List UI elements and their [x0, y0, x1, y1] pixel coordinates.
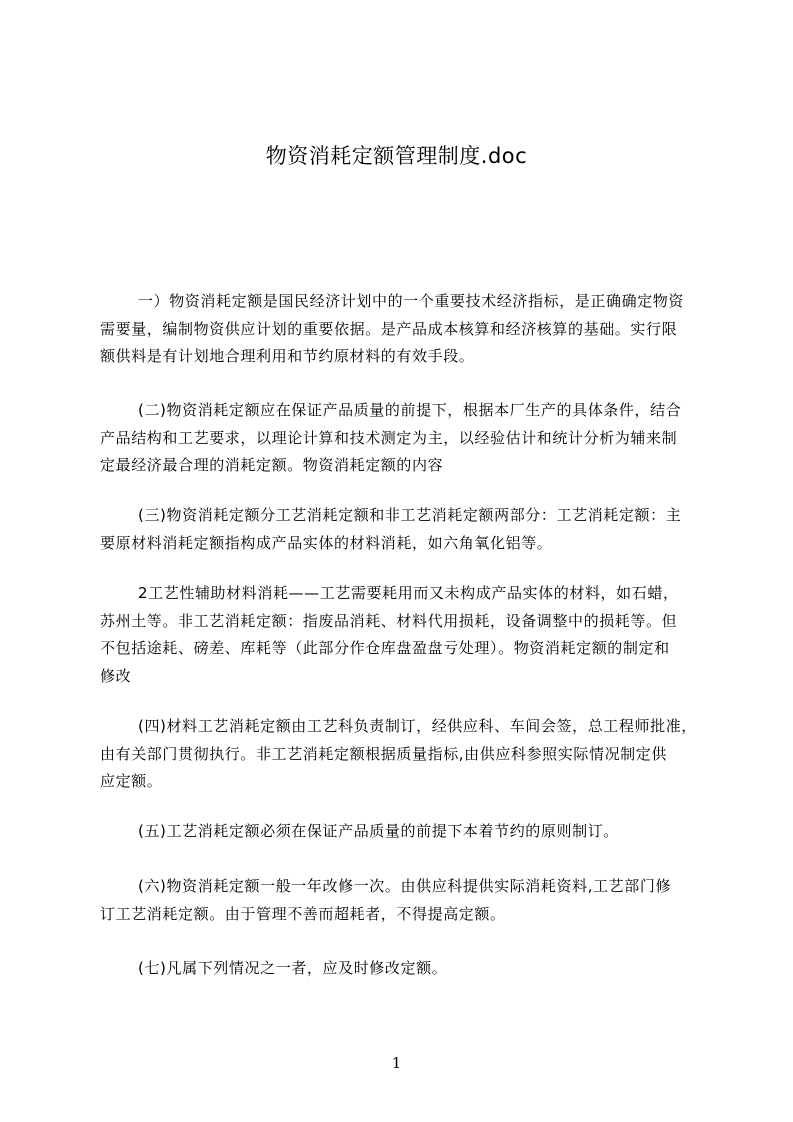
paragraph-1: 一）物资消耗定额是国民经济计划中的一个重要技术经济指标，是正确确定物资 需要量，…: [100, 288, 710, 371]
paragraph-line: 由有关部门贯彻执行。非工艺消耗定额根据质量指标,由供应科参照实际情况制定供: [100, 741, 710, 769]
paragraph-2: (二)物资消耗定额应在保证产品质量的前提下，根据本厂生产的具体条件，结合 产品结…: [100, 397, 710, 480]
paragraph-line: (三)物资消耗定额分工艺消耗定额和非工艺消耗定额两部分：工艺消耗定额：主: [100, 502, 710, 530]
document-title: 物资消耗定额管理制度.doc: [0, 140, 793, 172]
paragraph-5: (四)材料工艺消耗定额由工艺科负责制订，经供应科、车间会签，总工程师批准， 由有…: [100, 713, 710, 796]
paragraph-line: 要原材料消耗定额指构成产品实体的材料消耗，如六角氧化铝等。: [100, 530, 710, 558]
paragraph-line: (四)材料工艺消耗定额由工艺科负责制订，经供应科、车间会签，总工程师批准，: [100, 713, 710, 741]
paragraph-6: (五)工艺消耗定额必须在保证产品质量的前提下本着节约的原则制订。: [100, 818, 710, 846]
document-page: 物资消耗定额管理制度.doc 一）物资消耗定额是国民经济计划中的一个重要技术经济…: [0, 0, 793, 1122]
page-number: 1: [0, 1053, 793, 1073]
paragraph-line: 不包括途耗、磅差、库耗等（此部分作仓库盘盈盘亏处理）。物资消耗定额的制定和: [100, 635, 710, 663]
paragraph-line: 产品结构和工艺要求，以理论计算和技术测定为主，以经验估计和统计分析为辅来制: [100, 425, 710, 453]
paragraph-line: (六)物资消耗定额一般一年改修一次。由供应科提供实际消耗资料,工艺部门修: [100, 873, 710, 901]
paragraph-line: 修改: [100, 663, 710, 691]
paragraph-line: (七)凡属下列情况之一者，应及时修改定额。: [100, 955, 710, 983]
paragraph-8: (七)凡属下列情况之一者，应及时修改定额。: [100, 955, 710, 983]
paragraph-line: 应定额。: [100, 768, 710, 796]
paragraph-line: 苏州土等。非工艺消耗定额：指废品消耗、材料代用损耗，设备调整中的损耗等。但: [100, 608, 710, 636]
paragraph-7: (六)物资消耗定额一般一年改修一次。由供应科提供实际消耗资料,工艺部门修 订工艺…: [100, 873, 710, 928]
paragraph-3: (三)物资消耗定额分工艺消耗定额和非工艺消耗定额两部分：工艺消耗定额：主 要原材…: [100, 502, 710, 557]
paragraph-line: (二)物资消耗定额应在保证产品质量的前提下，根据本厂生产的具体条件，结合: [100, 397, 710, 425]
paragraph-line: 定最经济最合理的消耗定额。物资消耗定额的内容: [100, 452, 710, 480]
paragraph-4: 2工艺性辅助材料消耗——工艺需要耗用而又未构成产品实体的材料，如石蜡， 苏州土等…: [100, 580, 710, 690]
paragraph-line: 2工艺性辅助材料消耗——工艺需要耗用而又未构成产品实体的材料，如石蜡，: [100, 580, 710, 608]
paragraph-line: 额供料是有计划地合理利用和节约原材料的有效手段。: [100, 343, 710, 371]
paragraph-line: (五)工艺消耗定额必须在保证产品质量的前提下本着节约的原则制订。: [100, 818, 710, 846]
paragraph-line: 一）物资消耗定额是国民经济计划中的一个重要技术经济指标，是正确确定物资: [100, 288, 710, 316]
paragraph-line: 需要量，编制物资供应计划的重要依据。是产品成本核算和经济核算的基础。实行限: [100, 316, 710, 344]
paragraph-line: 订工艺消耗定额。由于管理不善而超耗者，不得提高定额。: [100, 901, 710, 929]
